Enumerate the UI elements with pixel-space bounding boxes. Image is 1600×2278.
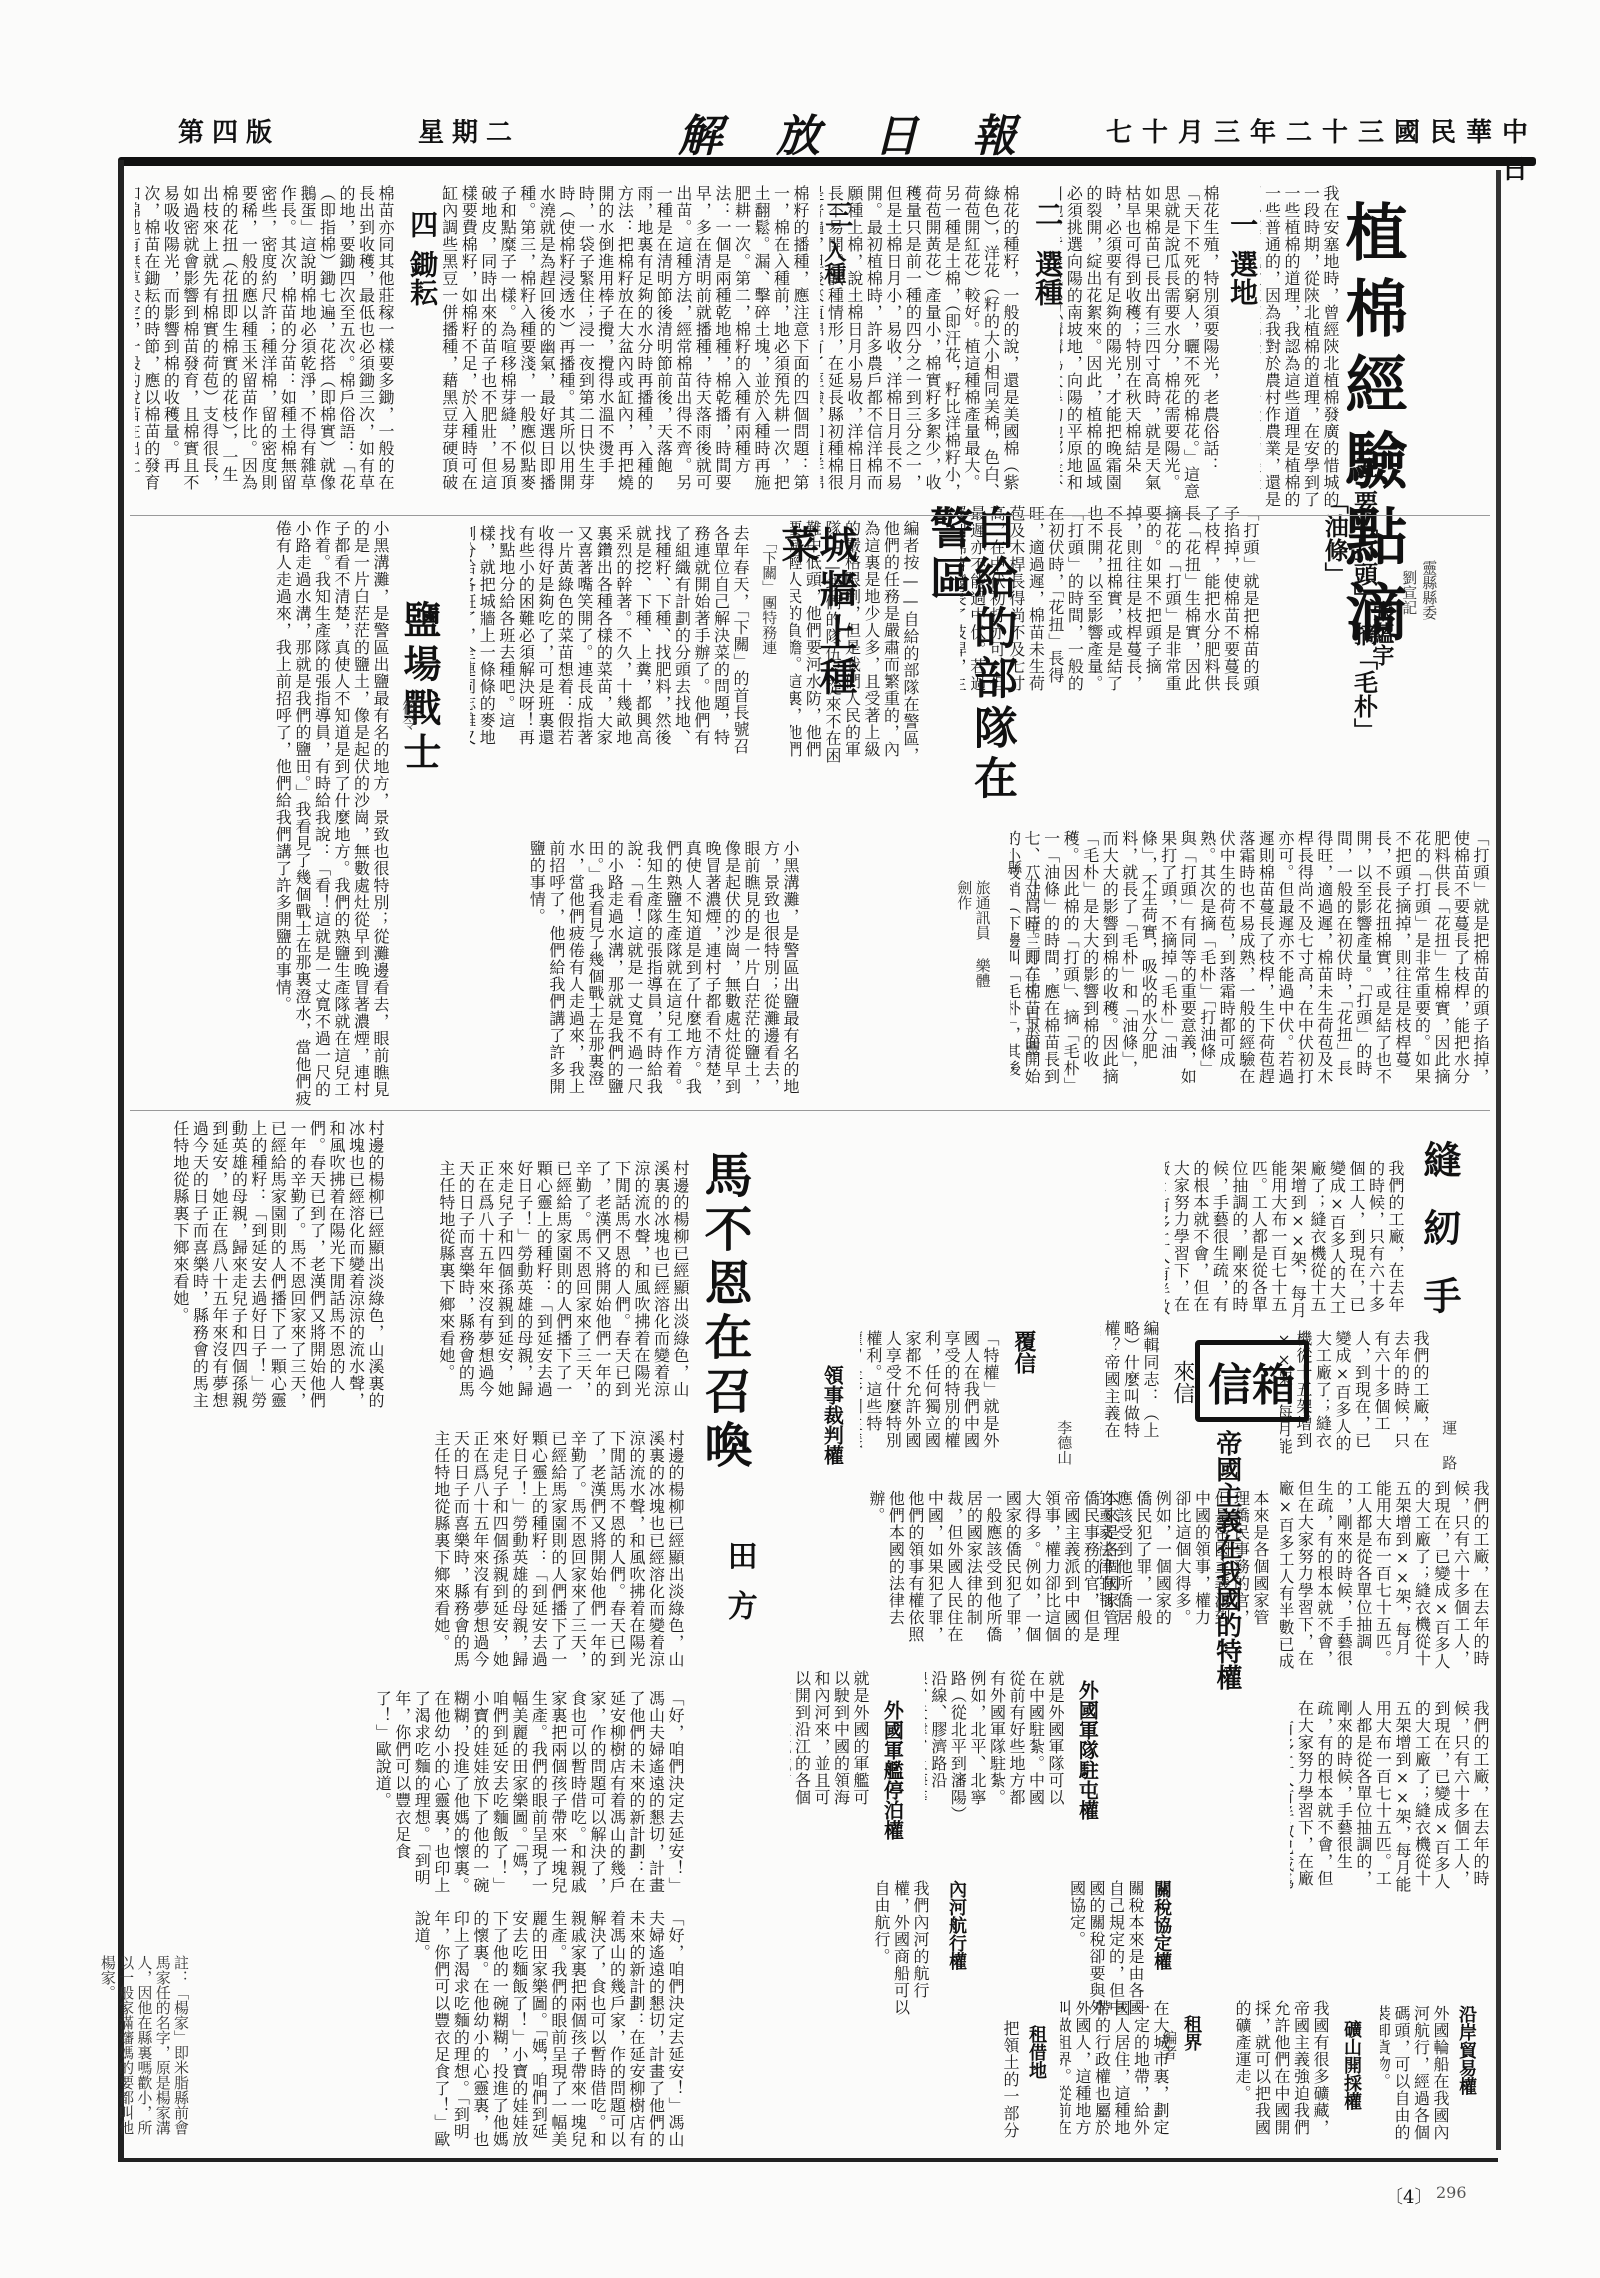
point-2-text: 就是外國軍隊可以在中國駐紮。中國從前有好些地方都有外國軍隊駐紮。例如，北平、北寧…	[925, 1670, 1065, 1820]
weaver-cont-2: 我們的工廠，在去年的時候，只有六十多個工人，到現在，已變成×百多人的大工廠了；縫…	[1280, 1480, 1490, 1670]
article-title-self-supply: 自給的部隊在警區	[925, 505, 1013, 805]
wall-vegetables-text: 去年春天，「下關」的首長號召各單位自己解決菜的問題，特務連就開始著手辦了。他們有…	[470, 525, 750, 755]
migrant-cont: 「好，咱們決定去延安！」馮山夫婦遙遠的懇切，計畫了他們的未來的新計劃：在延安柳樹…	[135, 1910, 685, 2150]
point-1-text: 本來是各個國家管理僑民事務的官，但是帝國主義派到中國的領事，權力卻比這個大得多。…	[790, 1490, 1120, 1650]
point-3-text: 就是外國的軍艦可以駛到中國的領海和內河來，並且可以開到沿江的各個口岸。在抗戰前，…	[790, 1670, 870, 1820]
letterbox-letter-from: 李德山	[1055, 1420, 1073, 1470]
cotton-section-4-text: 棉苗亦同其他莊稼一樣要多鋤，一般的在長出到收穫，最低也必須鋤三次，如有草的地，要…	[135, 185, 395, 495]
cotton-section-5-heading: 要「打頭」、摘「毛朴」「油條」	[1320, 490, 1379, 730]
point-9-heading: 租借地	[1025, 2025, 1047, 2095]
page-bracket: 〔4〕	[1385, 2183, 1432, 2209]
horse-cont-1: 村邊的楊柳已經顯出淡綠色，山溪裏的冰塊也已經溶化而變着涼涼的流水聲，和風吹拂着在…	[135, 1120, 385, 1410]
cotton-section-5-num: 五	[1350, 455, 1379, 485]
masthead-rule	[118, 157, 1536, 166]
horse-author: 田方	[720, 1540, 757, 1660]
point-2-heading: 外國軍隊駐屯權	[1075, 1680, 1099, 1830]
cotton-author-org: 靈縣縣委	[1420, 560, 1438, 680]
letterbox-column-title: 來信	[1168, 1360, 1195, 1420]
salt-field-author: 筱令	[400, 700, 418, 760]
cotton-section-3-heading: 入種	[820, 240, 847, 330]
point-7-heading: 礦山開採權	[1340, 2020, 1362, 2120]
salt-field-text: 小黑溝灘，是警區出鹽最有名的地方，景致也很特別；從灘邊看去，眼前瞧見的是一片白茫…	[135, 520, 390, 1110]
newspaper-title: 解放日報	[678, 100, 1070, 164]
letterbox-editor: 編者	[1160, 2030, 1178, 2070]
letterbox-reply-label: 覆信	[1010, 1330, 1037, 1380]
cotton-section-5-cont: 「打頭」就是把棉苗的頭子掐掉，使棉苗不要蔓長了枝桿，能把水分肥料供長「花扭」生棉…	[1010, 830, 1490, 1090]
weekday: 星期二	[418, 112, 520, 149]
page-bottom-rule	[118, 2158, 1498, 2162]
cotton-section-4-num: 四	[405, 210, 439, 250]
article-title-horse: 馬不恩在召喚	[700, 1150, 748, 1480]
point-6-heading: 沿岸貿易權	[1455, 2005, 1477, 2125]
cotton-intro: 我在安塞地時，曾經陝北植棉發廣的惜城的一段時期，從陝北植棉的道理，在安學到了一些…	[1260, 185, 1340, 515]
horse-cont-2: 村邊的楊柳已經顯出淡綠色，山溪裏的冰塊也已經溶化而變着涼涼的流水聲，和風吹拂着在…	[135, 1430, 685, 1670]
cotton-section-2-heading: 選種	[1030, 250, 1064, 340]
issue-date: 中華民國三十二年三月十七日	[1083, 112, 1538, 186]
page-number: 296	[1436, 2183, 1467, 2202]
point-7-text: 我國有很多礦藏，帝國主義強迫我們允許他們在中國開採，就可以把我國的礦產運走。	[1220, 2000, 1330, 2140]
divider	[130, 515, 1490, 516]
letterbox-letter: 編輯同志：（上略）什麼叫做特權？帝國主義在我們中國有些什麼特權呢？請把這個問題通…	[1100, 1320, 1160, 1450]
cotton-section-1-text: 棉花生殖，特別須要陽光，老農俗話：「天下不死的窮人，曬不死的棉花。」這意思就是說…	[1060, 185, 1220, 505]
migrant-text: 「好，咱們決定去延安！」馮山夫婦遙遠的懇切，計畫了他們的未來的新計劃：在延安柳樹…	[135, 1690, 685, 1900]
point-6-text: 外國輪船在我國內河航行，經過各個碼頭，可以自由的裝卸貨物。	[1380, 2005, 1450, 2145]
point-8-heading: 租界	[1180, 2015, 1202, 2075]
wall-vegetables-subtitle: 「下關」團特務連	[760, 535, 778, 755]
weaver-cont-3: 我們的工廠，在去年的時候，只有六十多個工人，到現在，已變成×百多人的大工廠了；縫…	[1290, 1700, 1490, 1900]
masthead: 第四版 星期二 解放日報 中華民國三十二年三月十七日	[118, 100, 1538, 150]
point-9-text: 把領土的一部分割出來租給外國。	[1000, 2020, 1020, 2140]
cotton-date-note: 一九四二年三月二十三日於靈縣	[1005, 860, 1042, 1060]
letterbox-reply-intro: 「特權」就是外國人在我們中國享受的特別的權利，任何獨立國家都不允許外國人享受什麼…	[860, 1330, 1000, 1460]
horse-text: 村邊的楊柳已經顯出淡綠色，山溪裏的冰塊也已經溶化而變着涼涼的流水聲，和風吹拂着在…	[400, 1160, 690, 1410]
cotton-author-role: 劉宣記	[1400, 570, 1418, 650]
newspaper-page: 第四版 星期二 解放日報 中華民國三十二年三月十七日 植棉經驗點滴 靈縣縣委 劉…	[0, 0, 1600, 2278]
point-4-text: 我們內河的航行權，外國商船可以自由航行。	[800, 1880, 930, 2030]
page-border-right	[1496, 170, 1501, 2150]
letterbox-label: 信箱	[1195, 1340, 1309, 1422]
point-4-heading: 內河航行權	[945, 1880, 967, 2010]
page-border-left	[118, 160, 124, 2160]
article-title-wall-vegetables: 城牆上種菜	[778, 525, 854, 725]
migrant-note: 註：「楊家」即米脂縣前會馬家任的名字，原是楊家溝人，因他在縣裏嗎歡小，所以一般家…	[130, 1955, 190, 2135]
point-3-heading: 外國軍艦停泊權	[880, 1700, 904, 1850]
divider	[130, 1110, 1490, 1111]
cotton-section-3-text: 棉籽的播種，應注意下面的四個問題：第一，棉在入種前，地必須預先耕一次，把土翻鬆。…	[440, 185, 810, 505]
point-5-heading: 關稅協定權	[1150, 1880, 1172, 2010]
cotton-section-1-heading: 選地	[1225, 250, 1259, 340]
salt-field-cont: 小黑溝灘，是警區出鹽最有名的地方，景致也很特別；從灘邊看去，眼前瞧見的是一片白茫…	[400, 840, 800, 1100]
weaver-text: 我們的工廠，在去年的時候，只有六十多個工人，到現在，已變成×百多人的大工廠了；縫…	[1165, 1160, 1405, 1320]
point-8-text: 在大城市裏，劃定一定的地帶，給外國人居住，這種地帶的行政權也屬於外國人，這種地方…	[1060, 2000, 1170, 2140]
page-label: 第四版	[178, 112, 280, 149]
point-1-cont: 本來是各個國家管理僑民事務的官，但是帝國主義派到中國的領事，權力卻比這個大得多。…	[1100, 1490, 1270, 1630]
self-supply-author: 旅通訊員 樂體劍作	[955, 880, 992, 1000]
cotton-section-4-heading: 鋤耘	[405, 250, 439, 340]
